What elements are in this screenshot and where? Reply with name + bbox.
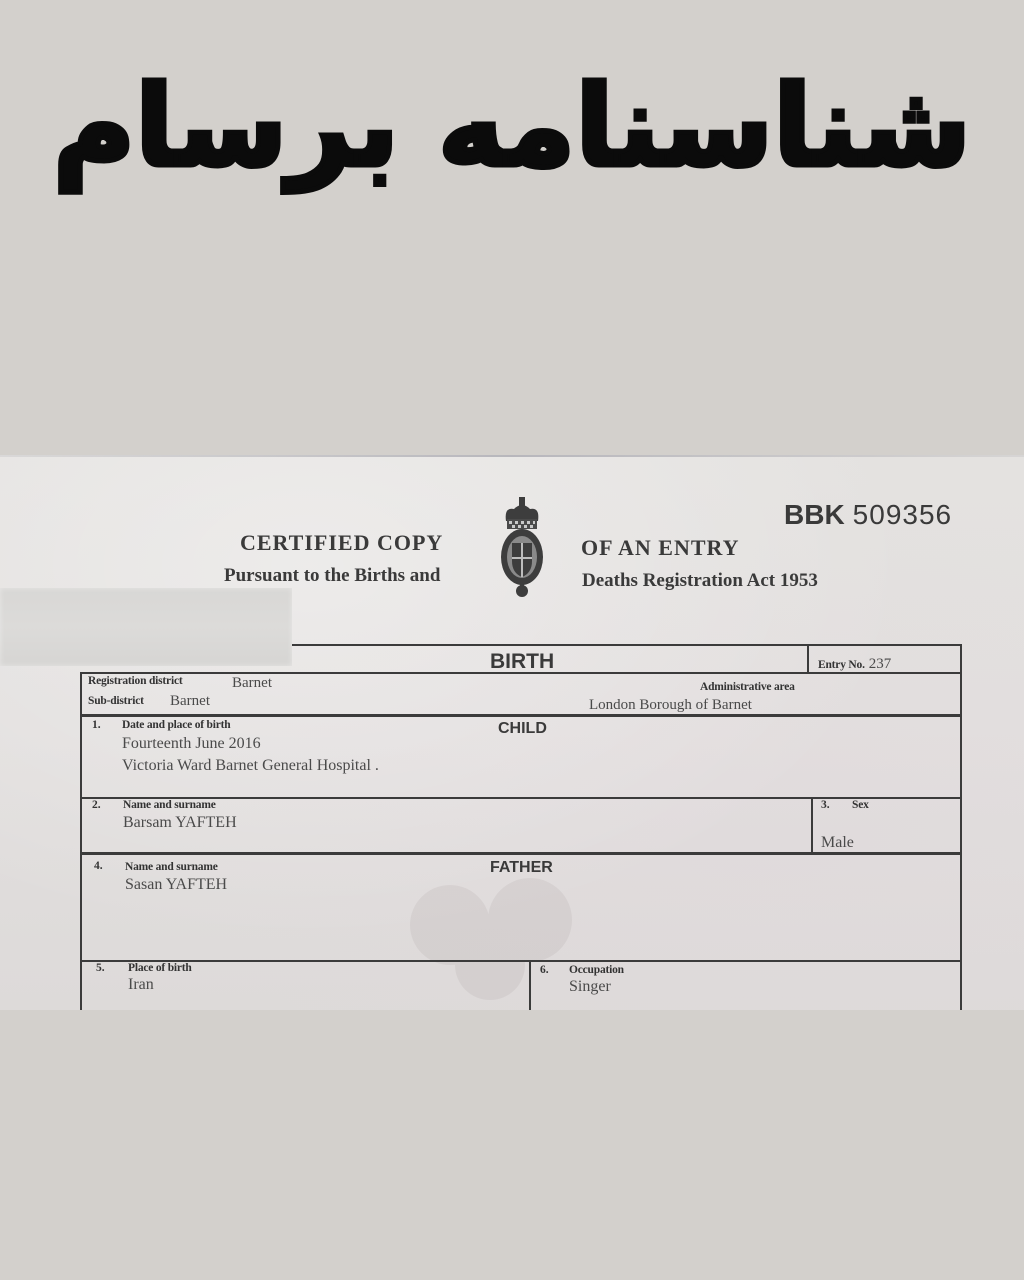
pursuant-subtitle: Pursuant to the Births and xyxy=(224,565,440,587)
father-name-value: Sasan YAFTEH xyxy=(125,876,227,894)
entry-number: Entry No. 237 xyxy=(818,655,891,673)
headline-title: شناسنامه برسام xyxy=(0,62,1024,192)
occupation-value: Singer xyxy=(569,978,611,996)
father-name-label: Name and surname xyxy=(125,861,218,873)
certified-copy-title: CERTIFIED COPY xyxy=(240,530,443,556)
form-divider-father xyxy=(80,960,962,962)
field-1-number: 1. xyxy=(92,719,101,731)
paper-edge xyxy=(0,455,1024,457)
entry-divider xyxy=(807,644,809,672)
place-of-birth-value: Victoria Ward Barnet General Hospital . xyxy=(122,757,379,775)
sex-value: Male xyxy=(821,834,854,852)
section-father: FATHER xyxy=(490,859,553,877)
occupation-label: Occupation xyxy=(569,964,624,976)
sex-label: Sex xyxy=(852,799,869,811)
royal-crest-icon xyxy=(498,495,546,603)
serial-prefix: BBK xyxy=(784,499,845,530)
form-right-border xyxy=(960,644,962,1010)
field-3-number: 3. xyxy=(821,799,830,811)
sub-district-label: Sub-district xyxy=(88,695,144,707)
registration-district-label: Registration district xyxy=(88,675,183,687)
form-top-border xyxy=(292,644,962,646)
date-of-birth-value: Fourteenth June 2016 xyxy=(122,735,261,753)
child-name-value: Barsam YAFTEH xyxy=(123,814,237,832)
form-type-birth: BIRTH xyxy=(490,650,554,674)
sex-divider xyxy=(811,797,813,853)
section-child: CHILD xyxy=(498,720,547,738)
watermark-pattern xyxy=(300,865,720,1010)
serial-digits: 509356 xyxy=(853,499,952,530)
act-subtitle: Deaths Registration Act 1953 xyxy=(582,570,818,592)
field-2-number: 2. xyxy=(92,799,101,811)
entry-number-label: Entry No. xyxy=(818,659,865,671)
of-an-entry-title: OF AN ENTRY xyxy=(581,535,740,561)
form-divider-name xyxy=(80,852,962,855)
sub-district-value: Barnet xyxy=(170,693,210,710)
father-birthplace-value: Iran xyxy=(128,976,154,994)
child-name-label: Name and surname xyxy=(123,799,216,811)
redacted-area xyxy=(0,588,292,666)
father-birthplace-label: Place of birth xyxy=(128,962,192,974)
date-place-birth-label: Date and place of birth xyxy=(122,719,230,731)
form-divider-registration xyxy=(80,714,962,717)
birth-certificate-photo: CERTIFIED COPY Pursuant to the Births an… xyxy=(0,455,1024,1010)
occupation-divider xyxy=(529,960,531,1010)
serial-number: BBK509356 xyxy=(784,499,952,531)
entry-number-value: 237 xyxy=(869,656,892,672)
field-5-number: 5. xyxy=(96,962,105,974)
administrative-area-value: London Borough of Barnet xyxy=(589,697,752,714)
field-6-number: 6. xyxy=(540,964,549,976)
registration-district-value: Barnet xyxy=(232,675,272,692)
field-4-number: 4. xyxy=(94,860,103,872)
form-left-border xyxy=(80,672,82,1010)
administrative-area-label: Administrative area xyxy=(700,681,795,693)
